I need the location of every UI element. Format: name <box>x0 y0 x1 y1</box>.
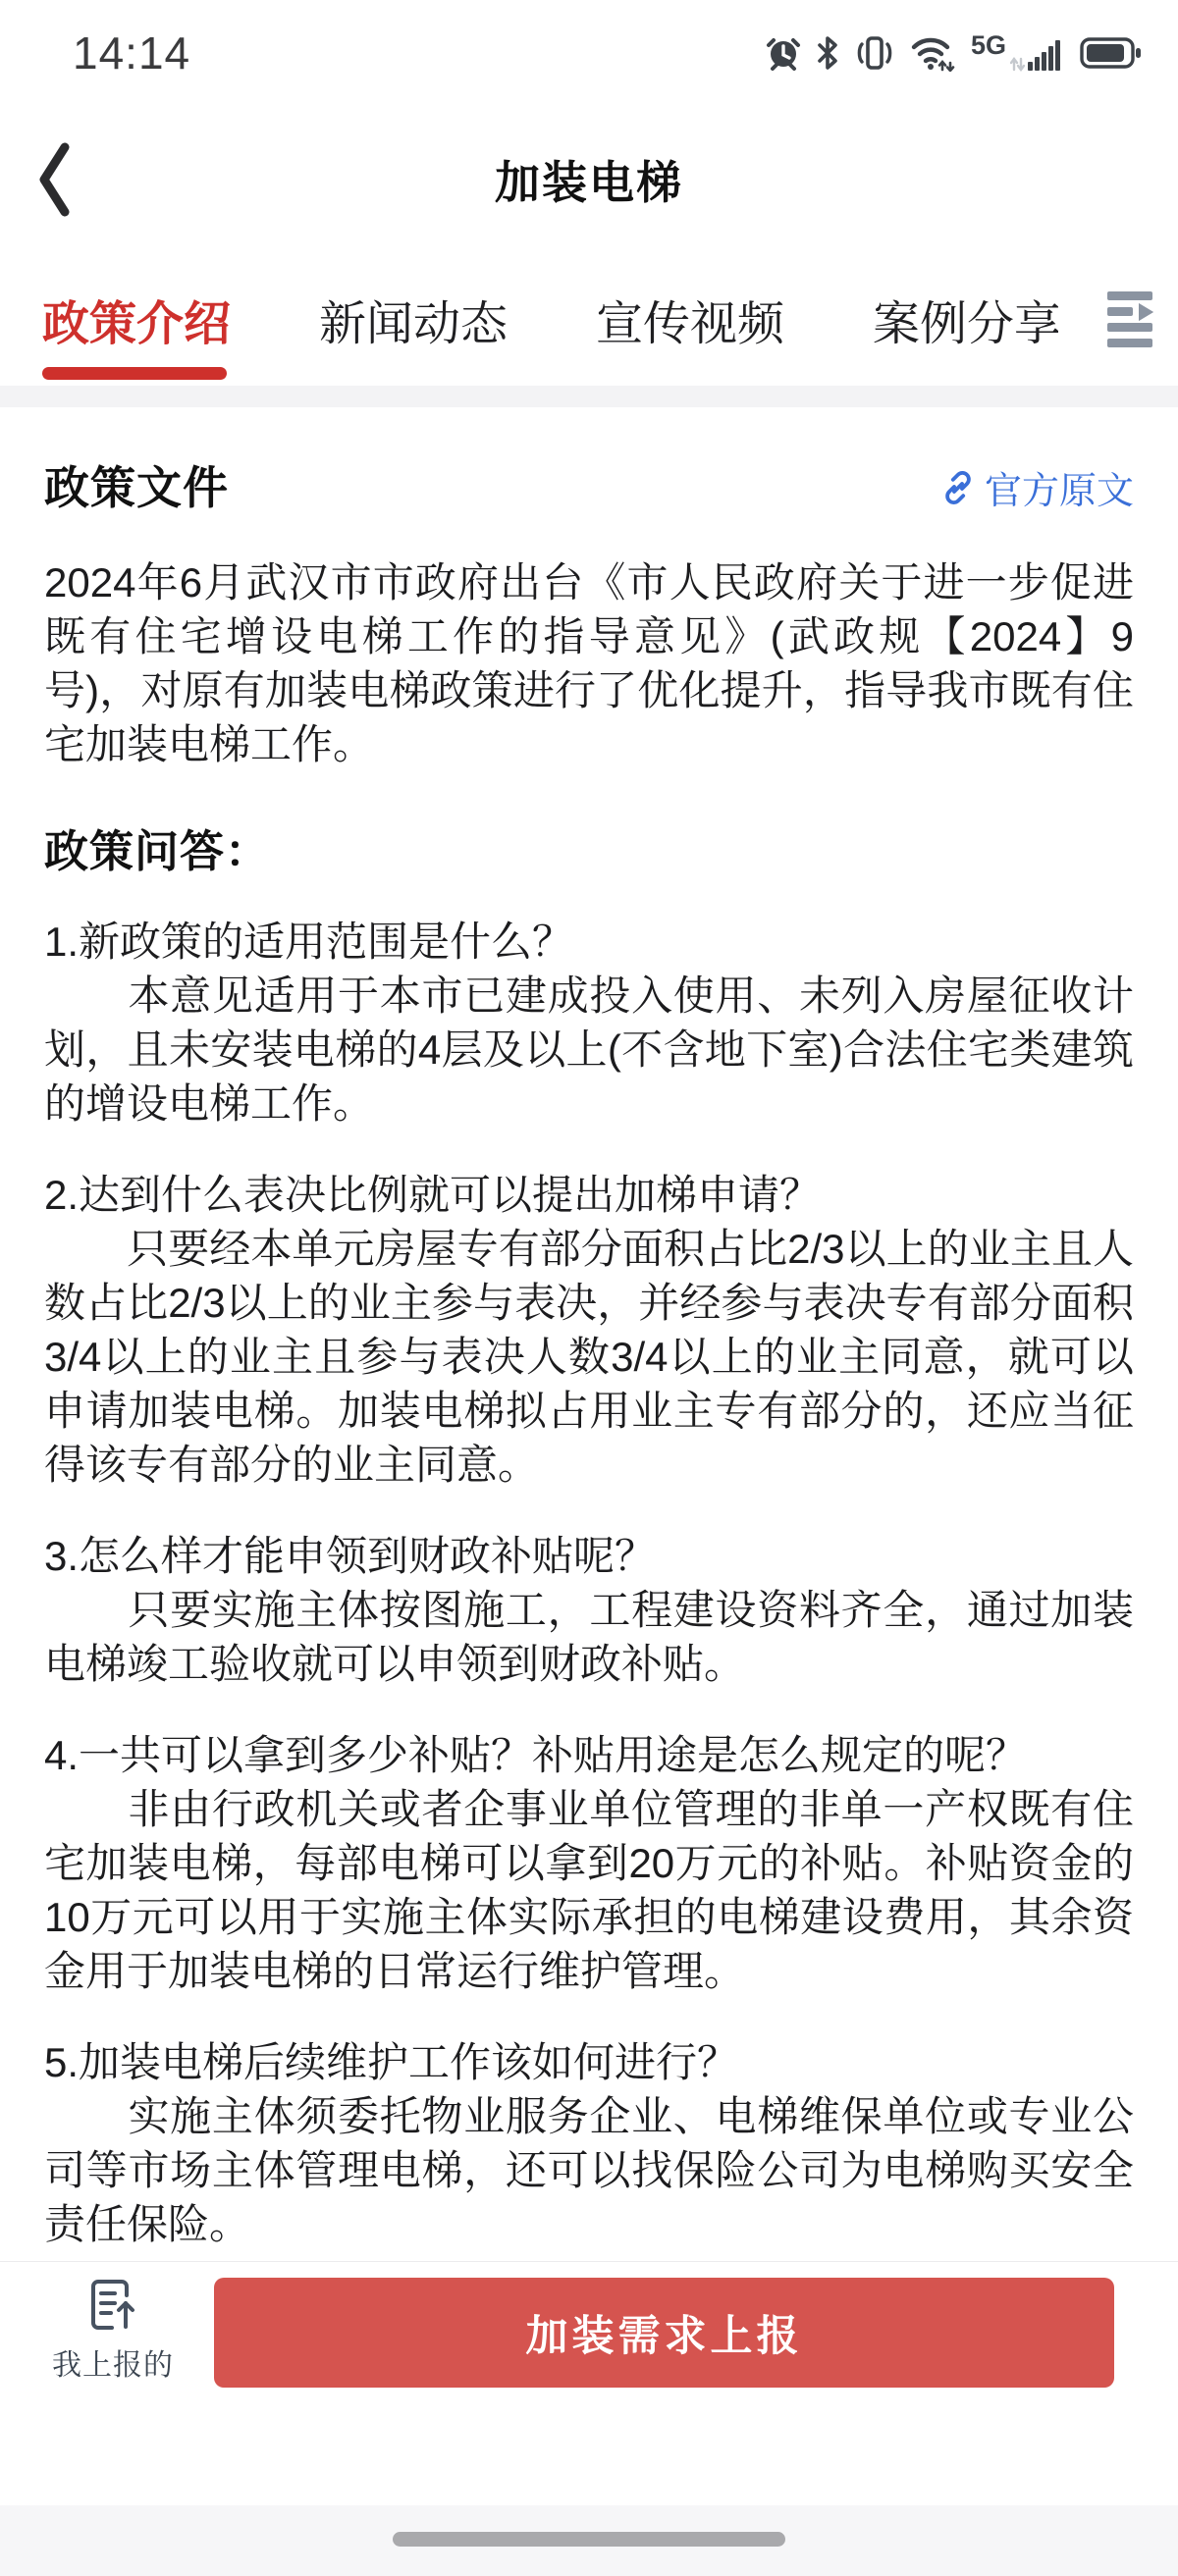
qa-item: 1.新政策的适用范围是什么？ 本意见适用于本市已建成投入使用、未列入房屋征收计划… <box>44 915 1134 1130</box>
page-title: 加装电梯 <box>495 147 683 212</box>
tab-list-expand-icon <box>1107 291 1156 348</box>
my-reports-label: 我上报的 <box>52 2340 174 2384</box>
qa-item: 3.怎么样才能申领到财政补贴呢？ 只要实施主体按图施工，工程建设资料齐全，通过加… <box>44 1529 1134 1691</box>
chevron-left-icon <box>35 141 75 218</box>
vibrate-icon <box>855 34 894 72</box>
nav-bar: 加装电梯 <box>0 106 1178 253</box>
qa-item: 4.一共可以拿到多少补贴？补贴用途是怎么规定的呢？ 非由行政机关或者企事业单位管… <box>44 1728 1134 1998</box>
divider <box>0 386 1178 407</box>
report-upload-icon <box>86 2278 139 2333</box>
qa-item: 2.达到什么表决比例就可以提出加梯申请？ 只要经本单元房屋专有部分面积占比2/3… <box>44 1168 1134 1492</box>
wifi-icon <box>909 34 956 72</box>
status-icons: 5G <box>765 33 1143 73</box>
network-type-label: 5G <box>971 32 1006 59</box>
tab-label: 新闻动态 <box>319 286 508 353</box>
tab-bar: 政策介绍 新闻动态 宣传视频 案例分享 <box>0 253 1178 386</box>
battery-icon <box>1080 36 1143 70</box>
tabs-scroll: 政策介绍 新闻动态 宣传视频 案例分享 <box>0 253 1058 386</box>
tab-news[interactable]: 新闻动态 <box>319 253 508 386</box>
status-time: 14:14 <box>73 26 190 79</box>
policy-doc-header: 政策文件 官方原文 <box>44 460 1134 514</box>
qa-section-title: 政策问答： <box>44 826 1134 877</box>
content-area: 政策文件 官方原文 2024年6月武汉市市政府出台《市人民政府关于进一步促进既有… <box>0 407 1178 2262</box>
qa-answer: 本意见适用于本市已建成投入使用、未列入房屋征收计划，且未安装电梯的4层及以上(不… <box>44 969 1134 1130</box>
tab-label: 政策介绍 <box>42 286 231 353</box>
qa-item: 5.加装电梯后续维护工作该如何进行？ 实施主体须委托物业服务企业、电梯维保单位或… <box>44 2035 1134 2251</box>
tab-label: 宣传视频 <box>596 286 784 353</box>
tab-cases[interactable]: 案例分享 <box>873 253 1058 386</box>
qa-question: 5.加装电梯后续维护工作该如何进行？ <box>44 2035 1134 2089</box>
tab-overflow-button[interactable] <box>1098 253 1156 386</box>
status-bar: 14:14 <box>0 0 1178 106</box>
app-screen: 14:14 <box>0 0 1178 2576</box>
home-indicator[interactable] <box>393 2532 785 2547</box>
back-button[interactable] <box>35 140 79 219</box>
qa-question: 2.达到什么表决比例就可以提出加梯申请？ <box>44 1168 1134 1222</box>
alarm-icon <box>765 34 802 72</box>
official-link-label: 官方原文 <box>985 460 1134 514</box>
submit-report-button[interactable]: 加装需求上报 <box>214 2278 1114 2388</box>
qa-question: 3.怎么样才能申领到财政补贴呢？ <box>44 1529 1134 1583</box>
policy-paragraph: 2024年6月武汉市市政府出台《市人民政府关于进一步促进既有住宅增设电梯工作的指… <box>44 555 1134 771</box>
qa-question: 1.新政策的适用范围是什么？ <box>44 915 1134 969</box>
tab-videos[interactable]: 宣传视频 <box>596 253 784 386</box>
bluetooth-icon <box>817 34 840 72</box>
qa-answer: 非由行政机关或者企事业单位管理的非单一产权既有住宅加装电梯，每部电梯可以拿到20… <box>44 1782 1134 1998</box>
qa-question: 4.一共可以拿到多少补贴？补贴用途是怎么规定的呢？ <box>44 1728 1134 1782</box>
qa-answer: 只要经本单元房屋专有部分面积占比2/3以上的业主且人数占比2/3以上的业主参与表… <box>44 1222 1134 1492</box>
link-icon <box>940 470 976 505</box>
home-indicator-area <box>0 2505 1178 2576</box>
qa-answer: 只要实施主体按图施工，工程建设资料齐全，通过加装电梯竣工验收就可以申领到财政补贴… <box>44 1583 1134 1691</box>
official-source-link[interactable]: 官方原文 <box>940 460 1134 514</box>
cellular-signal-icon: 5G <box>971 33 1065 73</box>
tab-policy-intro[interactable]: 政策介绍 <box>42 253 231 386</box>
bottom-bar: 我上报的 加装需求上报 <box>0 2262 1178 2505</box>
my-reports-button[interactable]: 我上报的 <box>39 2278 187 2384</box>
section-title: 政策文件 <box>44 462 229 513</box>
tab-label: 案例分享 <box>873 286 1058 353</box>
qa-answer: 实施主体须委托物业服务企业、电梯维保单位或专业公司等市场主体管理电梯，还可以找保… <box>44 2089 1134 2251</box>
